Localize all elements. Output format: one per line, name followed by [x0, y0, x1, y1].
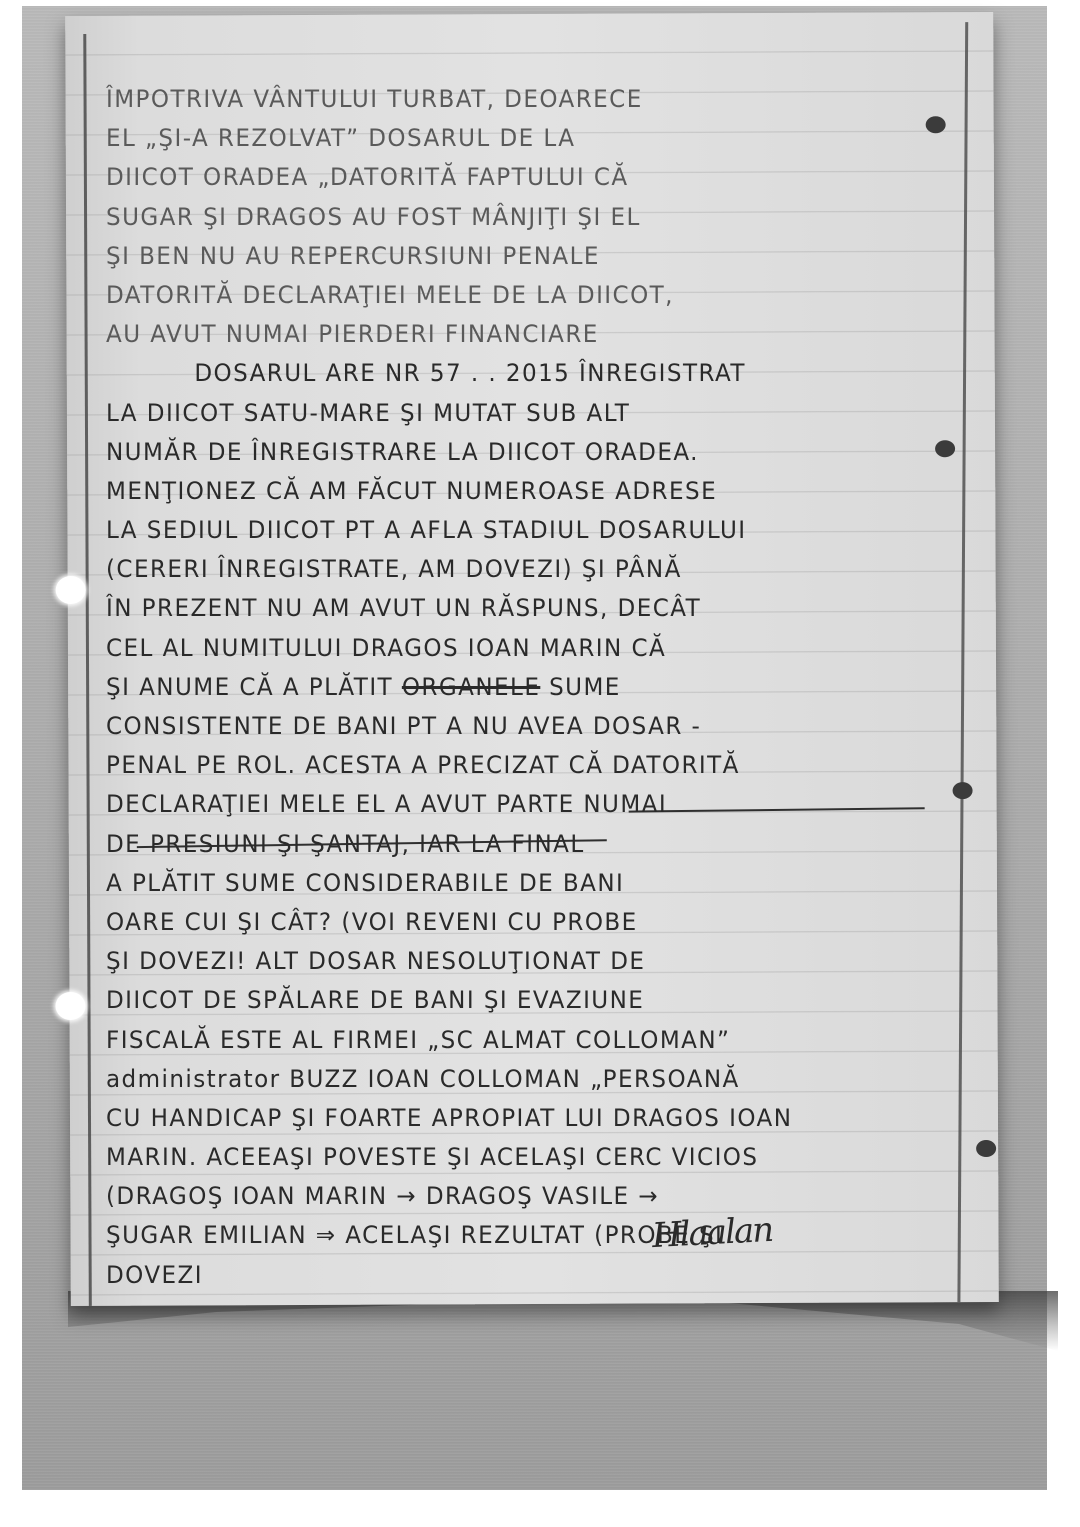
text-line-with-strikethrough: ŞI ANUME CĂ A PLĂTIT ORGANELE SUME: [106, 668, 903, 707]
text-line: DOVEZI: [106, 1256, 903, 1295]
letter-body: ÎMPOTRIVA VÂNTULUI TURBAT, DEOARECE EL „…: [106, 80, 936, 1295]
text-line: FISCALĂ ESTE AL FIRMEI „SC ALMAT COLLOMA…: [106, 1021, 903, 1060]
text-line: DIICOT ORADEA „DATORITĂ FAPTULUI CĂ: [106, 158, 903, 197]
left-margin-line: [83, 34, 92, 1306]
text-line: ŞI BEN NU AU REPERCURSIUNI PENALE: [106, 237, 903, 276]
punch-hole: [55, 992, 85, 1020]
text-line: LA SEDIUL DIICOT PT A AFLA STADIUL DOSAR…: [106, 511, 903, 550]
text-line: PENAL PE ROL. ACESTA A PRECIZAT CĂ DATOR…: [106, 746, 903, 785]
scanned-page: ÎMPOTRIVA VÂNTULUI TURBAT, DEOARECE EL „…: [22, 6, 1047, 1490]
text-line: MARIN. ACEEAŞI POVESTE ŞI ACELAŞI CERC V…: [106, 1138, 903, 1177]
punch-hole: [953, 782, 973, 799]
text-line: DE PRESIUNI ŞI ŞANTAJ, IAR LA FINAL: [106, 825, 903, 864]
punch-hole: [935, 440, 955, 457]
text-line: ŞI DOVEZI! ALT DOSAR NESOLUŢIONAT DE: [106, 942, 903, 981]
text-line: SUGAR ŞI DRAGOS AU FOST MÂNJIŢI ŞI EL: [106, 198, 903, 237]
text-fragment: ŞI ANUME CĂ A PLĂTIT: [106, 673, 393, 701]
text-line: CONSISTENTE DE BANI PT A NU AVEA DOSAR -: [106, 707, 903, 746]
text-line: (DRAGOŞ IOAN MARIN → DRAGOŞ VASILE →: [106, 1177, 903, 1216]
text-line: DOSARUL ARE NR 57 . . 2015 ÎNREGISTRAT: [106, 354, 903, 393]
text-line: CU HANDICAP ŞI FOARTE APROPIAT LUI DRAGO…: [106, 1099, 903, 1138]
right-margin-line: [957, 22, 968, 1302]
text-line: administrator BUZZ IOAN COLLOMAN „PERSOA…: [106, 1060, 903, 1099]
text-line: A PLĂTIT SUME CONSIDERABILE DE BANI: [106, 864, 903, 903]
text-line: NUMĂR DE ÎNREGISTRARE LA DIICOT ORADEA.: [106, 433, 903, 472]
text-line: ŞUGAR EMILIAN ⇒ ACELAŞI REZULTAT (PROBE …: [106, 1216, 903, 1255]
struck-word: ORGANELE: [402, 673, 540, 701]
text-line: ÎMPOTRIVA VÂNTULUI TURBAT, DEOARECE: [106, 80, 903, 119]
punch-hole: [56, 576, 86, 604]
signature: Hlaalan: [651, 1210, 773, 1256]
text-fragment: SUME: [549, 673, 621, 701]
text-line: AU AVUT NUMAI PIERDERI FINANCIARE: [106, 315, 903, 354]
text-line: MENŢIONEZ CĂ AM FĂCUT NUMEROASE ADRESE: [106, 472, 903, 511]
punch-hole: [976, 1140, 996, 1157]
text-line: DIICOT DE SPĂLARE DE BANI ŞI EVAZIUNE: [106, 981, 903, 1020]
text-line: CEL AL NUMITULUI DRAGOS IOAN MARIN CĂ: [106, 629, 903, 668]
text-line: LA DIICOT SATU-MARE ŞI MUTAT SUB ALT: [106, 394, 903, 433]
text-line: DECLARAŢIEI MELE EL A AVUT PARTE NUMAI: [106, 785, 903, 824]
text-line: ÎN PREZENT NU AM AVUT UN RĂSPUNS, DECÂT: [106, 589, 903, 628]
text-line: (CERERI ÎNREGISTRATE, AM DOVEZI) ŞI PÂNĂ: [106, 550, 903, 589]
text-line: OARE CUI ŞI CÂT? (VOI REVENI CU PROBE: [106, 903, 903, 942]
text-line: EL „ŞI-A REZOLVAT” DOSARUL DE LA: [106, 119, 903, 158]
text-line: DATORITĂ DECLARAŢIEI MELE DE LA DIICOT,: [106, 276, 903, 315]
